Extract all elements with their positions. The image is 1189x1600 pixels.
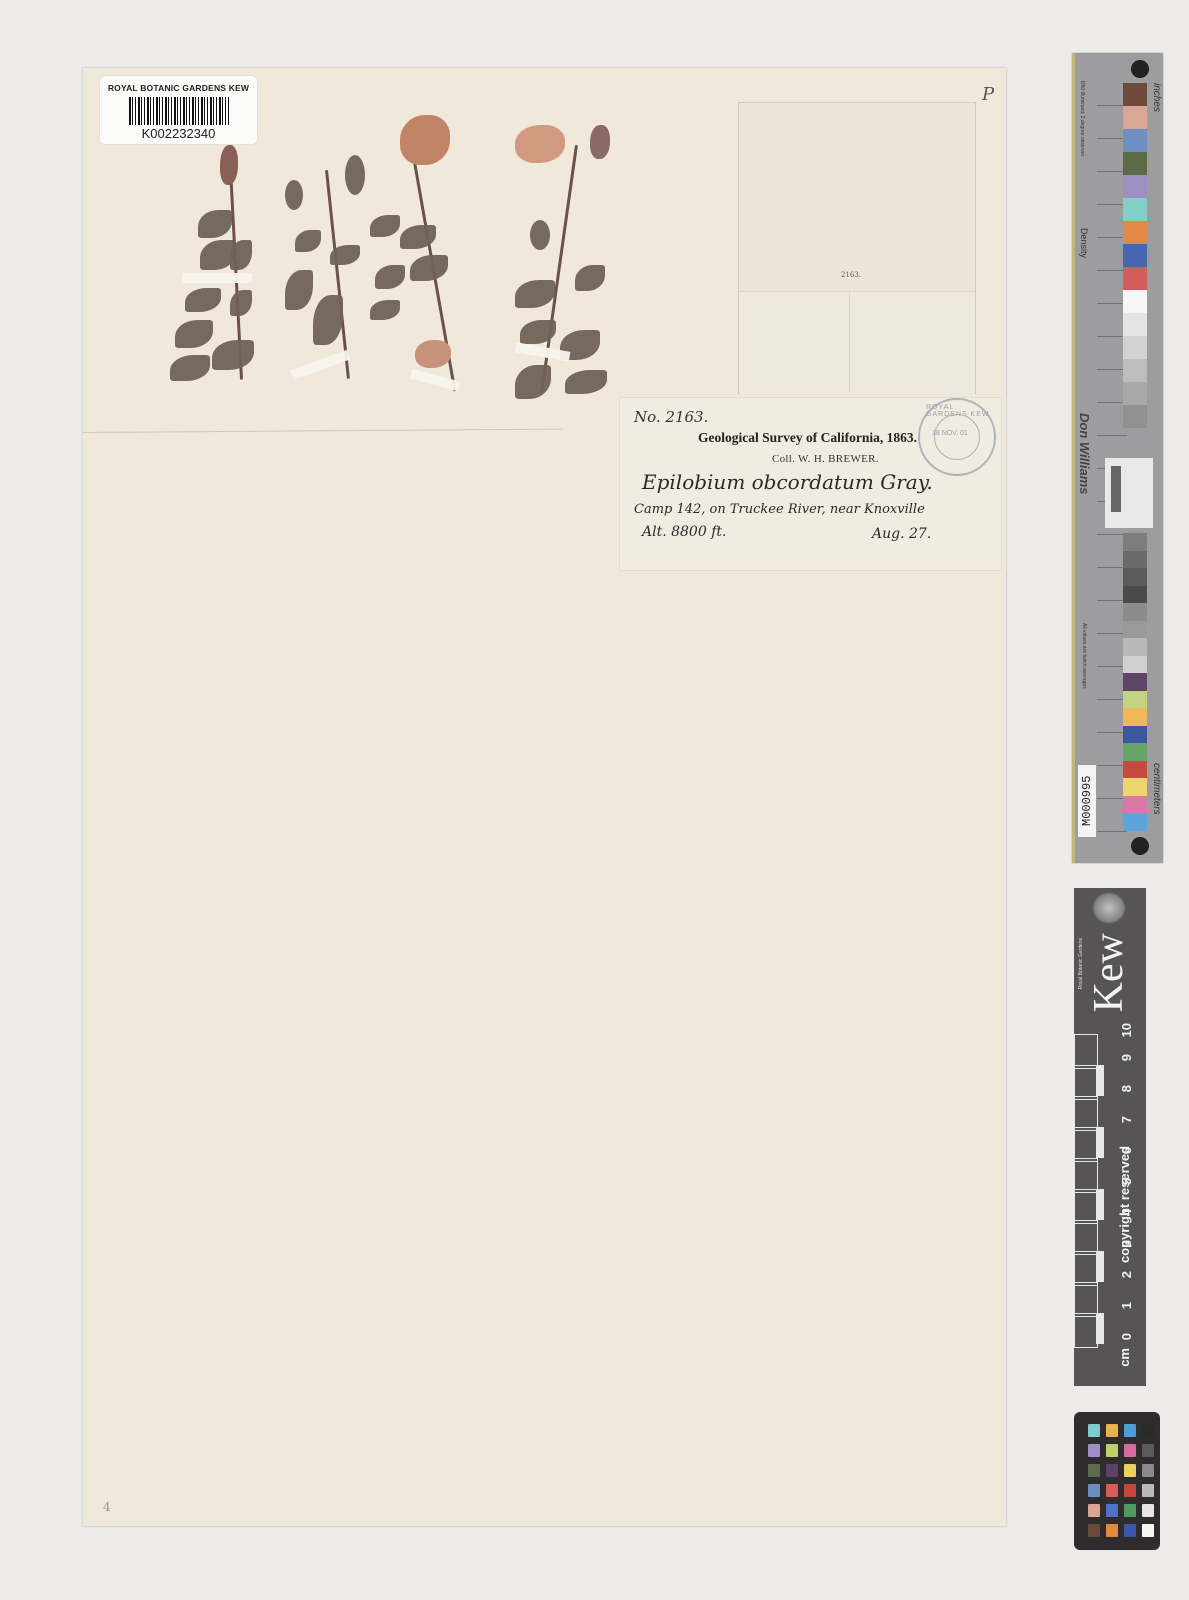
kew-stamp-icon: ROYAL GARDENS KEW 18 NOV. 01 — [918, 398, 996, 476]
color-swatch — [1123, 313, 1147, 336]
color-swatch — [1123, 533, 1147, 551]
color-swatch — [1123, 551, 1147, 569]
scale-numbers: 012345678910 — [1114, 1033, 1138, 1343]
color-swatch — [1124, 1424, 1136, 1437]
scale-number: 1 — [1119, 1302, 1134, 1309]
color-swatch — [1123, 83, 1147, 106]
colorbar-cm-label: centimeters — [1151, 763, 1162, 815]
color-swatch — [1123, 244, 1147, 267]
color-swatch — [1123, 106, 1147, 129]
sheet-number: 4 — [103, 1500, 111, 1514]
barcode-icon — [129, 97, 229, 125]
plant-specimen-3 — [370, 115, 480, 400]
color-swatch — [1124, 1524, 1136, 1537]
label-date: Aug. 27. — [872, 526, 931, 542]
color-swatch — [1123, 778, 1147, 796]
colorbar-note: All values are batch averages — [1081, 623, 1087, 689]
scale-number: 8 — [1119, 1085, 1134, 1092]
scale-number: 2 — [1119, 1271, 1134, 1278]
kew-crest-icon — [1092, 892, 1126, 924]
color-swatch — [1124, 1444, 1136, 1457]
barcode-number: K002232340 — [100, 126, 257, 141]
color-swatch — [1123, 621, 1147, 639]
institution-name: ROYAL BOTANIC GARDENS KEW — [100, 83, 257, 93]
scale-number: 7 — [1119, 1116, 1134, 1123]
color-swatch — [1123, 568, 1147, 586]
color-swatch — [1123, 267, 1147, 290]
color-swatch — [1142, 1464, 1154, 1477]
color-swatch — [1142, 1444, 1154, 1457]
color-swatch — [1142, 1424, 1154, 1437]
color-swatch — [1106, 1444, 1118, 1457]
resolution-target — [1105, 458, 1153, 528]
color-swatch — [1088, 1484, 1100, 1497]
scale-number: 4 — [1119, 1209, 1134, 1216]
plant-specimen-2 — [285, 150, 375, 390]
color-swatch-card — [1074, 1412, 1160, 1550]
color-swatch — [1106, 1464, 1118, 1477]
color-swatch — [1123, 336, 1147, 359]
corner-mark: P — [982, 84, 994, 105]
color-swatch — [1088, 1504, 1100, 1517]
plant-specimen-4 — [515, 115, 625, 405]
color-swatch — [1123, 175, 1147, 198]
scale-number: 3 — [1119, 1240, 1134, 1247]
color-swatch — [1123, 638, 1147, 656]
sheet-fold-line — [83, 429, 563, 433]
color-swatch — [1123, 813, 1147, 831]
label-altitude: Alt. 8800 ft. — [642, 524, 726, 540]
registration-dot-icon — [1131, 60, 1149, 78]
color-swatch — [1123, 359, 1147, 382]
colorbar-density-label: Density — [1079, 228, 1089, 258]
label-taxon: Epilobium obcordatum Gray. — [642, 470, 933, 494]
color-swatch — [1123, 152, 1147, 175]
kew-scale-bar: Kew Royal Botanic Gardens copyright rese… — [1074, 888, 1146, 1386]
color-swatch — [1123, 708, 1147, 726]
color-swatch — [1142, 1504, 1154, 1517]
color-swatch — [1123, 290, 1147, 313]
color-swatch — [1088, 1524, 1100, 1537]
color-swatch — [1088, 1444, 1100, 1457]
colorbar-brand: Don Williams — [1077, 413, 1092, 495]
label-locality: Camp 142, on Truckee River, near Knoxvil… — [634, 502, 925, 517]
label-survey: Geological Survey of California, 1863. — [698, 430, 917, 446]
kew-logo-subtitle: Royal Botanic Gardens — [1078, 938, 1084, 989]
packet-number: 2163. — [841, 271, 861, 279]
packet-flap — [739, 291, 975, 394]
scale-unit: cm — [1117, 1348, 1132, 1367]
color-swatch — [1123, 656, 1147, 674]
color-swatch — [1123, 796, 1147, 814]
scale-number: 10 — [1119, 1023, 1134, 1037]
color-swatch — [1124, 1464, 1136, 1477]
colorbar-illuminant: D50 Illuminant, 2 degree observer — [1079, 81, 1085, 156]
color-swatch — [1106, 1424, 1118, 1437]
color-swatch — [1123, 221, 1147, 244]
kew-logo: Kew — [1088, 933, 1130, 1012]
scale-number: 9 — [1119, 1054, 1134, 1061]
color-swatch — [1142, 1484, 1154, 1497]
color-swatch — [1123, 382, 1147, 405]
color-swatch — [1123, 405, 1147, 428]
color-swatch — [1123, 743, 1147, 761]
color-swatch — [1123, 198, 1147, 221]
color-reference-strip: inches D50 Illuminant, 2 degree observer… — [1072, 53, 1163, 863]
color-swatch — [1123, 673, 1147, 691]
color-swatch — [1123, 603, 1147, 621]
color-swatch — [1123, 761, 1147, 779]
color-swatch — [1088, 1424, 1100, 1437]
color-swatch — [1142, 1524, 1154, 1537]
color-swatch — [1106, 1504, 1118, 1517]
registration-dot-icon — [1131, 837, 1149, 855]
color-swatch — [1106, 1524, 1118, 1537]
label-collector: Coll. W. H. BREWER. — [772, 453, 879, 465]
color-swatch — [1123, 586, 1147, 604]
color-swatch — [1123, 129, 1147, 152]
plant-specimen-1 — [170, 145, 260, 390]
color-swatch — [1123, 726, 1147, 744]
scale-number: 0 — [1119, 1333, 1134, 1340]
colorbar-inches-label: inches — [1151, 83, 1162, 112]
seed-packet: 2163. — [738, 102, 976, 394]
color-swatch — [1124, 1504, 1136, 1517]
color-swatch — [1088, 1464, 1100, 1477]
barcode-label: ROYAL BOTANIC GARDENS KEW K002232340 — [100, 76, 257, 144]
scale-number: 5 — [1119, 1178, 1134, 1185]
collection-label: No. 2163. Geological Survey of Californi… — [620, 398, 1001, 570]
colorbar-code: M000995 — [1078, 765, 1096, 837]
color-swatch — [1123, 691, 1147, 709]
scale-number: 6 — [1119, 1147, 1134, 1154]
label-number: No. 2163. — [634, 408, 708, 426]
scale-blocks — [1074, 1033, 1114, 1343]
color-swatch — [1124, 1484, 1136, 1497]
color-swatch — [1106, 1484, 1118, 1497]
